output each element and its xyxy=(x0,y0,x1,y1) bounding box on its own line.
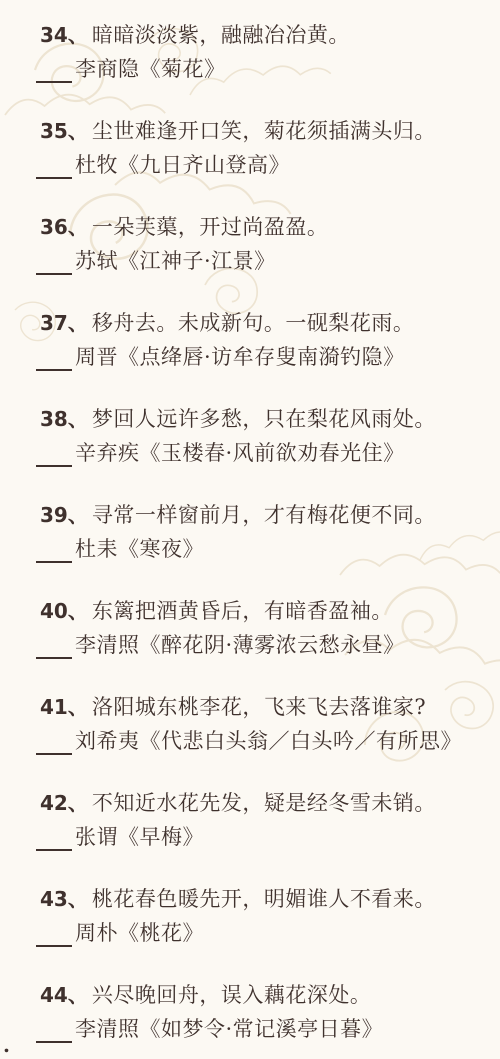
poem-quote-line: 37、移舟去。未成新句。一砚梨花雨。 xyxy=(40,308,486,338)
entry-number: 44、 xyxy=(40,983,88,1007)
attribution-underline: ____ xyxy=(36,60,72,83)
poem-attribution-line: ____周朴《桃花》 xyxy=(36,918,486,950)
attribution-text: 周晋《点绛唇·访牟存叟南漪钓隐》 xyxy=(75,345,405,369)
attribution-text: 刘希夷《代悲白头翁／白头吟／有所思》 xyxy=(75,729,462,753)
poem-attribution-line: ____杜耒《寒夜》 xyxy=(36,534,486,566)
attribution-underline: ____ xyxy=(36,828,72,851)
attribution-underline: ____ xyxy=(36,732,72,755)
poem-quote-line: 34、暗暗淡淡紫，融融冶冶黄。 xyxy=(40,20,486,50)
attribution-underline: ____ xyxy=(36,924,72,947)
quote-text: 洛阳城东桃李花，飞来飞去落谁家? xyxy=(92,695,426,719)
attribution-text: 张谓《早梅》 xyxy=(75,825,204,849)
quote-text: 梦回人远许多愁，只在梨花风雨处。 xyxy=(92,407,436,431)
poem-attribution-line: ____杜牧《九日齐山登高》 xyxy=(36,150,486,182)
poem-quote-line: 39、寻常一样窗前月，才有梅花便不同。 xyxy=(40,500,486,530)
poem-entry-44: 44、兴尽晚回舟，误入藕花深处。 ____李清照《如梦令·常记溪亭日暮》 xyxy=(40,980,486,1046)
entry-number: 38、 xyxy=(40,407,88,431)
quote-text: 移舟去。未成新句。一砚梨花雨。 xyxy=(92,311,415,335)
poem-entry-41: 41、洛阳城东桃李花，飞来飞去落谁家? ____刘希夷《代悲白头翁／白头吟／有所… xyxy=(40,692,486,758)
attribution-text: 周朴《桃花》 xyxy=(75,921,204,945)
quote-text: 东篱把酒黄昏后，有暗香盈袖。 xyxy=(92,599,393,623)
quote-text: 一朵芙蕖，开过尚盈盈。 xyxy=(92,215,329,239)
poem-attribution-line: ____李商隐《菊花》 xyxy=(36,54,486,86)
quote-text: 兴尽晚回舟，误入藕花深处。 xyxy=(92,983,372,1007)
attribution-underline: ____ xyxy=(36,444,72,467)
poem-attribution-line: ____周晋《点绛唇·访牟存叟南漪钓隐》 xyxy=(36,342,486,374)
attribution-text: 李清照《醉花阴·薄雾浓云愁永昼》 xyxy=(75,633,405,657)
poem-quote-line: 43、桃花春色暖先开，明媚谁人不看来。 xyxy=(40,884,486,914)
poem-list: 34、暗暗淡淡紫，融融冶冶黄。 ____李商隐《菊花》 35、尘世难逢开口笑，菊… xyxy=(0,0,500,1046)
poem-quote-line: 44、兴尽晚回舟，误入藕花深处。 xyxy=(40,980,486,1010)
poem-entry-36: 36、一朵芙蕖，开过尚盈盈。 ____苏轼《江神子·江景》 xyxy=(40,212,486,278)
attribution-text: 李商隐《菊花》 xyxy=(75,57,226,81)
poem-quote-line: 36、一朵芙蕖，开过尚盈盈。 xyxy=(40,212,486,242)
poem-attribution-line: ____刘希夷《代悲白头翁／白头吟／有所思》 xyxy=(36,726,486,758)
entry-number: 41、 xyxy=(40,695,88,719)
poem-entry-34: 34、暗暗淡淡紫，融融冶冶黄。 ____李商隐《菊花》 xyxy=(40,20,486,86)
poem-quote-line: 40、东篱把酒黄昏后，有暗香盈袖。 xyxy=(40,596,486,626)
quote-text: 桃花春色暖先开，明媚谁人不看来。 xyxy=(92,887,436,911)
poem-attribution-line: ____李清照《醉花阴·薄雾浓云愁永昼》 xyxy=(36,630,486,662)
poem-attribution-line: ____苏轼《江神子·江景》 xyxy=(36,246,486,278)
entry-number: 43、 xyxy=(40,887,88,911)
footer-dot: . xyxy=(3,1035,10,1055)
poem-quote-line: 35、尘世难逢开口笑，菊花须插满头归。 xyxy=(40,116,486,146)
attribution-text: 李清照《如梦令·常记溪亭日暮》 xyxy=(75,1017,383,1041)
attribution-underline: ____ xyxy=(36,156,72,179)
attribution-text: 杜耒《寒夜》 xyxy=(75,537,204,561)
quote-text: 不知近水花先发，疑是经冬雪未销。 xyxy=(92,791,436,815)
poem-attribution-line: ____李清照《如梦令·常记溪亭日暮》 xyxy=(36,1014,486,1046)
poem-entry-43: 43、桃花春色暖先开，明媚谁人不看来。 ____周朴《桃花》 xyxy=(40,884,486,950)
entry-number: 36、 xyxy=(40,215,88,239)
poem-entry-35: 35、尘世难逢开口笑，菊花须插满头归。 ____杜牧《九日齐山登高》 xyxy=(40,116,486,182)
poem-attribution-line: ____张谓《早梅》 xyxy=(36,822,486,854)
attribution-underline: ____ xyxy=(36,540,72,563)
attribution-underline: ____ xyxy=(36,636,72,659)
attribution-text: 苏轼《江神子·江景》 xyxy=(75,249,276,273)
attribution-underline: ____ xyxy=(36,252,72,275)
attribution-underline: ____ xyxy=(36,1020,72,1043)
poem-entry-39: 39、寻常一样窗前月，才有梅花便不同。 ____杜耒《寒夜》 xyxy=(40,500,486,566)
quote-text: 暗暗淡淡紫，融融冶冶黄。 xyxy=(92,23,350,47)
entry-number: 34、 xyxy=(40,23,88,47)
attribution-text: 辛弃疾《玉楼春·风前欲劝春光住》 xyxy=(75,441,405,465)
quote-text: 尘世难逢开口笑，菊花须插满头归。 xyxy=(92,119,436,143)
attribution-text: 杜牧《九日齐山登高》 xyxy=(75,153,290,177)
entry-number: 37、 xyxy=(40,311,88,335)
poem-attribution-line: ____辛弃疾《玉楼春·风前欲劝春光住》 xyxy=(36,438,486,470)
poem-entry-37: 37、移舟去。未成新句。一砚梨花雨。 ____周晋《点绛唇·访牟存叟南漪钓隐》 xyxy=(40,308,486,374)
poem-entry-40: 40、东篱把酒黄昏后，有暗香盈袖。 ____李清照《醉花阴·薄雾浓云愁永昼》 xyxy=(40,596,486,662)
poem-quote-line: 38、梦回人远许多愁，只在梨花风雨处。 xyxy=(40,404,486,434)
poem-entry-38: 38、梦回人远许多愁，只在梨花风雨处。 ____辛弃疾《玉楼春·风前欲劝春光住》 xyxy=(40,404,486,470)
entry-number: 42、 xyxy=(40,791,88,815)
poem-entry-42: 42、不知近水花先发，疑是经冬雪未销。 ____张谓《早梅》 xyxy=(40,788,486,854)
poem-quote-line: 42、不知近水花先发，疑是经冬雪未销。 xyxy=(40,788,486,818)
entry-number: 35、 xyxy=(40,119,88,143)
entry-number: 39、 xyxy=(40,503,88,527)
poem-quote-line: 41、洛阳城东桃李花，飞来飞去落谁家? xyxy=(40,692,486,722)
quote-text: 寻常一样窗前月，才有梅花便不同。 xyxy=(92,503,436,527)
entry-number: 40、 xyxy=(40,599,88,623)
poem-list-page: 34、暗暗淡淡紫，融融冶冶黄。 ____李商隐《菊花》 35、尘世难逢开口笑，菊… xyxy=(0,0,500,1059)
attribution-underline: ____ xyxy=(36,348,72,371)
